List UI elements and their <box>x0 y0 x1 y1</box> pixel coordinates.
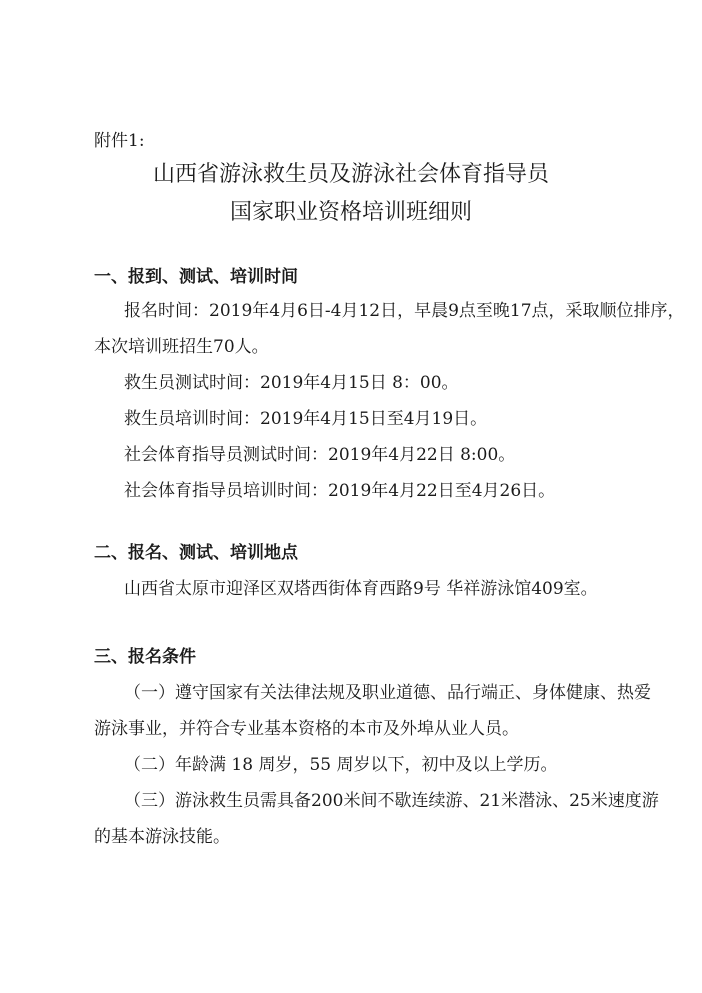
paragraph-line: 游泳事业，并符合专业基本资格的本市及外埠从业人员。 <box>94 718 519 740</box>
paragraph-line: （二）年龄满 18 周岁，55 周岁以下，初中及以上学历。 <box>124 754 557 776</box>
paragraph-line: 社会体育指导员测试时间：2019年4月22日 8:00。 <box>124 444 515 466</box>
section-heading-3: 三、报名条件 <box>94 646 196 668</box>
paragraph-line: 山西省太原市迎泽区双塔西街体育西路9号 华祥游泳馆409室。 <box>124 578 598 600</box>
paragraph-line: （三）游泳救生员需具备200米间不歇连续游、21米潜泳、25米速度游 <box>124 790 659 812</box>
section-heading-2: 二、报名、测试、培训地点 <box>94 542 298 564</box>
paragraph-line: 的基本游泳技能。 <box>94 826 230 848</box>
paragraph-line: 本次培训班招生70人。 <box>94 336 269 358</box>
paragraph-line: （一）遵守国家有关法律法规及职业道德、品行端正、身体健康、热爱 <box>124 682 651 704</box>
paragraph-line: 救生员测试时间：2019年4月15日 8：00。 <box>124 372 459 394</box>
attachment-label: 附件1: <box>94 130 145 152</box>
document-title-line2: 国家职业资格培训班细则 <box>0 198 702 228</box>
paragraph-line: 社会体育指导员培训时间：2019年4月22日至4月26日。 <box>124 480 555 502</box>
section-heading-1: 一、报到、测试、培训时间 <box>94 266 298 288</box>
paragraph-line: 救生员培训时间：2019年4月15日至4月19日。 <box>124 408 487 430</box>
paragraph-line: 报名时间：2019年4月6日-4月12日，早晨9点至晚17点，采取顺位排序， <box>124 300 685 322</box>
document-title-line1: 山西省游泳救生员及游泳社会体育指导员 <box>0 160 702 190</box>
